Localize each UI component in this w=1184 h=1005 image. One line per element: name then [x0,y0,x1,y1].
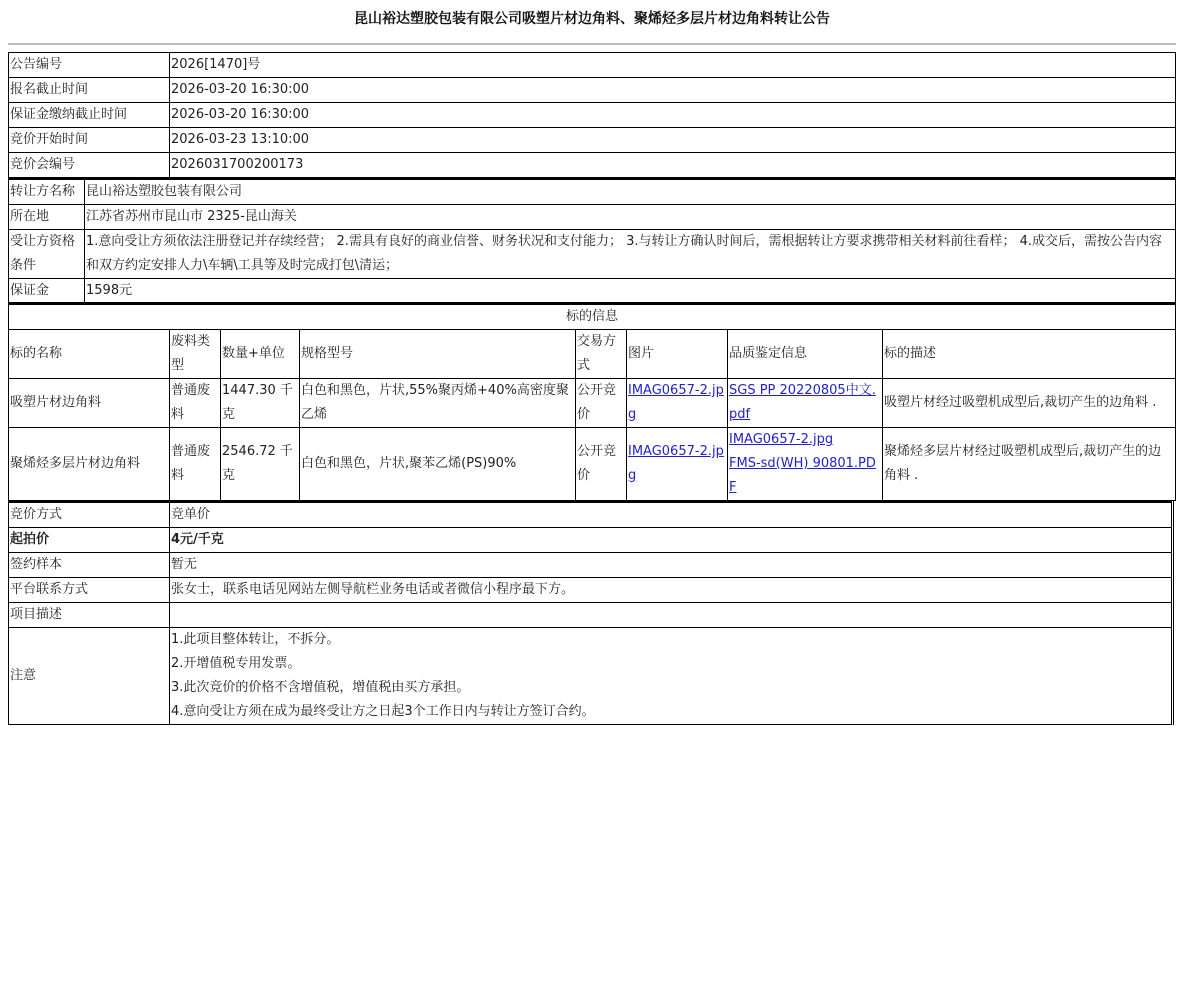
item-name: 聚烯烃多层片材边角料 [9,428,170,501]
field-label: 签约样本 [9,553,170,578]
column-header: 标的描述 [883,330,1176,379]
column-header: 交易方式 [576,330,627,379]
transferor-table: 转让方名称 昆山裕达塑胶包装有限公司 所在地 江苏省苏州市昆山市 2325-昆山… [8,177,1176,304]
column-header: 标的名称 [9,330,170,379]
deposit-deadline: 2026-03-20 16:30:00 [170,103,1176,128]
table-row: 竞价会编号 2026031700200173 [9,153,1176,178]
item-spec: 白色和黑色，片状,55%聚丙烯+40%高密度聚乙烯 [300,379,576,428]
contract-sample: 暂无 [170,553,1173,578]
location: 江苏省苏州市昆山市 2325-昆山海关 [85,205,1176,230]
table-row: 所在地 江苏省苏州市昆山市 2325-昆山海关 [9,205,1176,230]
column-header: 品质鉴定信息 [728,330,883,379]
bidding-method: 竞单价 [170,502,1173,528]
item-waste-type: 普通废料 [170,428,221,501]
item-quality-cell: SGS PP 20220805中文.pdf [728,379,883,428]
field-label: 平台联系方式 [9,578,170,603]
field-label: 项目描述 [9,603,170,628]
auction-number: 2026031700200173 [170,153,1176,178]
note-line: 3.此次竞价的价格不含增值税，增值税由买方承担。 [171,676,1170,700]
announcement-number: 2026[1470]号 [170,53,1176,78]
column-header: 数量+单位 [221,330,300,379]
table-header-row: 标的名称 废料类型 数量+单位 规格型号 交易方式 图片 品质鉴定信息 标的描述 [9,330,1176,379]
column-header: 废料类型 [170,330,221,379]
field-label: 受让方资格条件 [9,230,85,279]
item-description: 聚烯烃多层片材经过吸塑机成型后,裁切产生的边角料 . [883,428,1176,501]
table-row: 转让方名称 昆山裕达塑胶包装有限公司 [9,179,1176,205]
item-quality-cell: IMAG0657-2.jpg FMS-sd(WH) 90801.PDF [728,428,883,501]
quality-doc-link[interactable]: IMAG0657-2.jpg [729,428,881,452]
table-row: 受让方资格条件 1.意向受让方须依法注册登记并存续经营； 2.需具有良好的商业信… [9,230,1176,279]
column-header: 规格型号 [300,330,576,379]
field-label: 转让方名称 [9,179,85,205]
column-header: 图片 [627,330,728,379]
table-row: 公告编号 2026[1470]号 [9,53,1176,78]
image-link[interactable]: IMAG0657-2.jpg [628,444,724,483]
field-label: 保证金 [9,279,85,304]
notes-cell: 1.此项目整体转让，不拆分。 2.开增值税专用发票。 3.此次竞价的价格不含增值… [170,628,1173,725]
quality-doc-link[interactable]: SGS PP 20220805中文.pdf [729,383,876,422]
table-row: 吸塑片材边角料 普通废料 1447.30 千克 白色和黑色，片状,55%聚丙烯+… [9,379,1176,428]
project-description [170,603,1173,628]
item-trade-method: 公开竞价 [576,379,627,428]
bidding-table: 竞价方式 竞单价 起拍价 4元/千克 签约样本 暂无 平台联系方式 张女士，联系… [8,500,1174,725]
registration-deadline: 2026-03-20 16:30:00 [170,78,1176,103]
bidding-start-time: 2026-03-23 13:10:00 [170,128,1176,153]
field-label: 竞价方式 [9,502,170,528]
table-row: 签约样本 暂无 [9,553,1173,578]
table-row: 报名截止时间 2026-03-20 16:30:00 [9,78,1176,103]
table-row: 保证金 1598元 [9,279,1176,304]
page-title: 昆山裕达塑胶包装有限公司吸塑片材边角料、聚烯烃多层片材边角料转让公告 [0,9,1184,29]
item-spec: 白色和黑色，片状,聚苯乙烯(PS)90% [300,428,576,501]
field-label: 公告编号 [9,53,170,78]
platform-contact: 张女士，联系电话见网站左侧导航栏业务电话或者微信小程序最下方。 [170,578,1173,603]
qualification-conditions: 1.意向受让方须依法注册登记并存续经营； 2.需具有良好的商业信誉、财务状况和支… [85,230,1176,279]
field-label: 竞价开始时间 [9,128,170,153]
field-label: 报名截止时间 [9,78,170,103]
items-table: 标的信息 标的名称 废料类型 数量+单位 规格型号 交易方式 图片 品质鉴定信息… [8,302,1176,501]
table-row: 竞价开始时间 2026-03-23 13:10:00 [9,128,1176,153]
item-quantity: 1447.30 千克 [221,379,300,428]
table-row: 平台联系方式 张女士，联系电话见网站左侧导航栏业务电话或者微信小程序最下方。 [9,578,1173,603]
quality-doc-link[interactable]: FMS-sd(WH) 90801.PDF [729,452,881,500]
item-trade-method: 公开竞价 [576,428,627,501]
item-image-cell: IMAG0657-2.jpg [627,428,728,501]
field-label: 注意 [9,628,170,725]
basic-info-table: 公告编号 2026[1470]号 报名截止时间 2026-03-20 16:30… [8,52,1176,178]
field-label: 保证金缴纳截止时间 [9,103,170,128]
table-row: 项目描述 [9,603,1173,628]
section-header-row: 标的信息 [9,304,1176,330]
table-row: 保证金缴纳截止时间 2026-03-20 16:30:00 [9,103,1176,128]
section-title: 标的信息 [9,304,1176,330]
item-waste-type: 普通废料 [170,379,221,428]
note-line: 4.意向受让方须在成为最终受让方之日起3个工作日内与转让方签订合约。 [171,700,1170,724]
item-image-cell: IMAG0657-2.jpg [627,379,728,428]
item-quantity: 2546.72 千克 [221,428,300,501]
item-name: 吸塑片材边角料 [9,379,170,428]
table-row: 竞价方式 竞单价 [9,502,1173,528]
table-row: 聚烯烃多层片材边角料 普通废料 2546.72 千克 白色和黑色，片状,聚苯乙烯… [9,428,1176,501]
field-label: 所在地 [9,205,85,230]
field-label: 竞价会编号 [9,153,170,178]
field-label: 起拍价 [9,528,170,553]
table-row: 起拍价 4元/千克 [9,528,1173,553]
transferor-name: 昆山裕达塑胶包装有限公司 [85,179,1176,205]
note-line: 2.开增值税专用发票。 [171,652,1170,676]
image-link[interactable]: IMAG0657-2.jpg [628,383,724,422]
note-line: 1.此项目整体转让，不拆分。 [171,628,1170,652]
starting-price: 4元/千克 [170,528,1173,553]
deposit-amount: 1598元 [85,279,1176,304]
table-row: 注意 1.此项目整体转让，不拆分。 2.开增值税专用发票。 3.此次竞价的价格不… [9,628,1173,725]
item-description: 吸塑片材经过吸塑机成型后,裁切产生的边角料 . [883,379,1176,428]
title-divider [8,43,1176,45]
